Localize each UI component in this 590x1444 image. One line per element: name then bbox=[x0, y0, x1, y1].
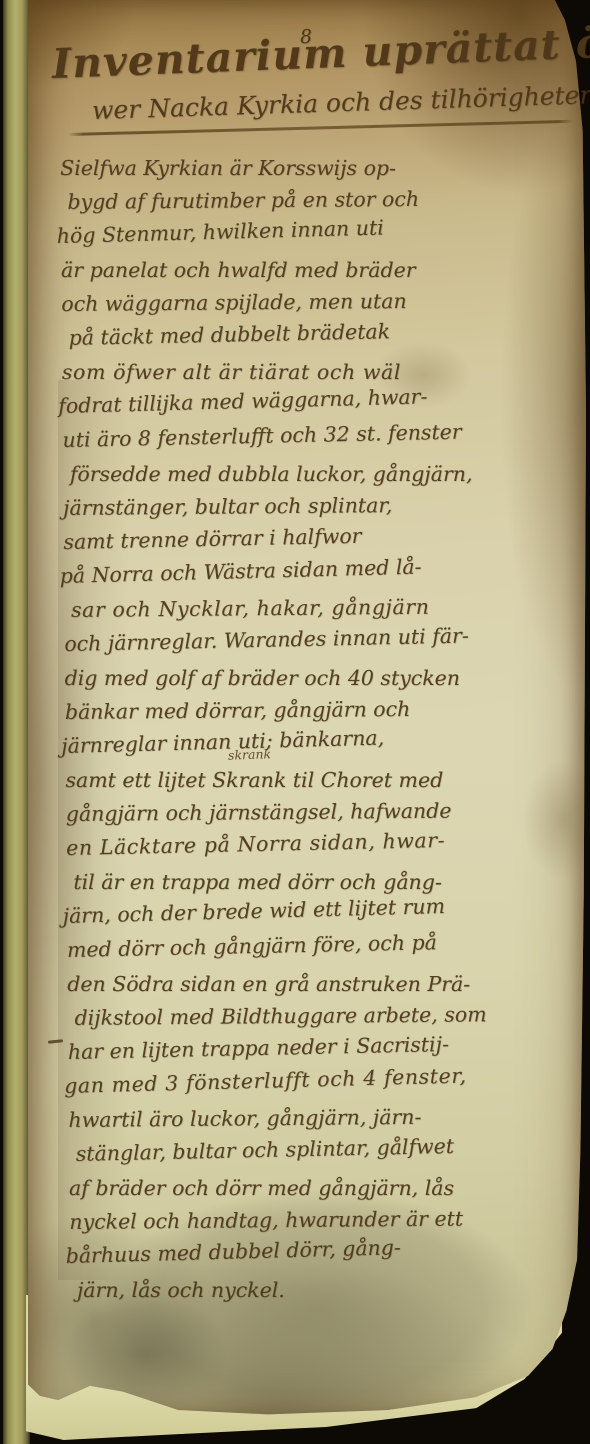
interlinear-insertion: skrank bbox=[228, 746, 272, 762]
title-superscript-mark: 8 bbox=[299, 26, 313, 49]
book-binding-edge bbox=[3, 0, 30, 1444]
text-line: samt ett lijtet Skrank til Choret med bbox=[65, 763, 581, 797]
text-line: den Södra sidan en grå anstruken Prä- bbox=[67, 967, 583, 1001]
text-line: är panelat och hwalfd med bräder bbox=[61, 253, 577, 287]
text-line: af bräder och dörr med gångjärn, lås bbox=[69, 1171, 585, 1205]
text-line: Sielfwa Kyrkian är Korsswijs op- bbox=[60, 151, 576, 185]
text-line: järn, lås och nyckel. bbox=[77, 1273, 586, 1307]
text-line: dig med golf af bräder och 40 stycken bbox=[65, 661, 581, 695]
body-text: Sielfwa Kyrkian är Korsswijs op- bygd af… bbox=[60, 146, 586, 1306]
text-line: försedde med dubbla luckor, gångjärn, bbox=[70, 457, 579, 491]
manuscript-photo: Inventarium uprättat öf= 8 wer Nacka Kyr… bbox=[0, 0, 590, 1444]
